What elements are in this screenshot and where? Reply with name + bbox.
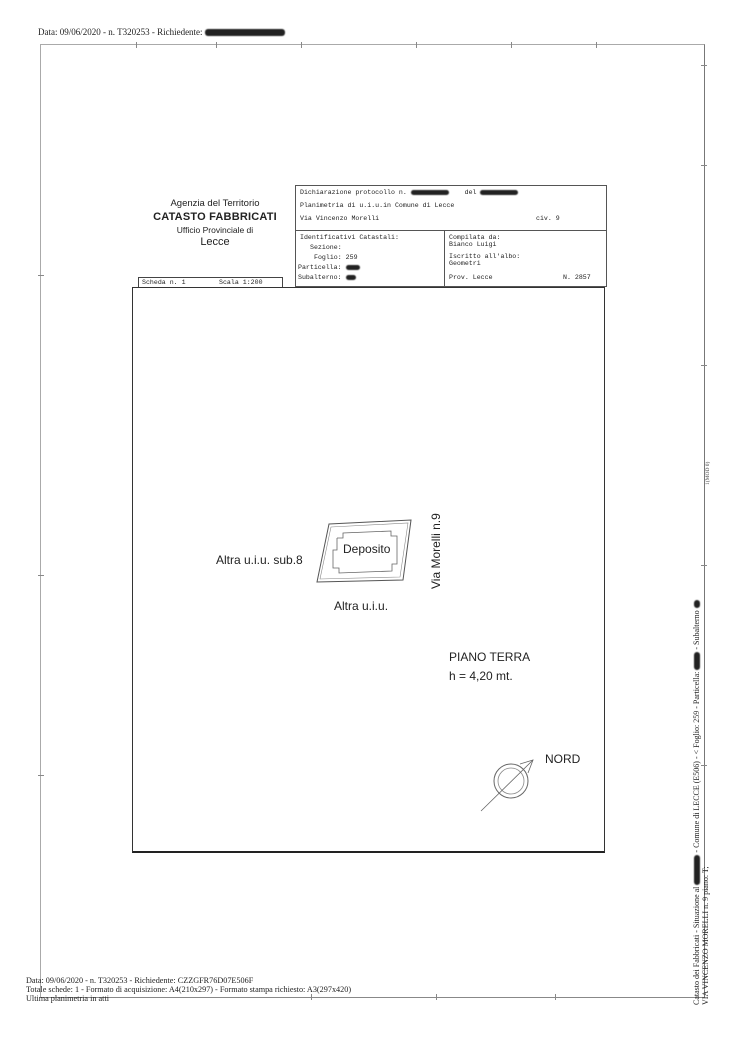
address-line: Via Vincenzo Morelli <box>300 215 379 222</box>
side-line-2: VIA VINCENZO MORELLI n. 9 piano: T; <box>701 600 710 1005</box>
bottom-neighbor-label: Altra u.i.u. <box>334 599 388 613</box>
planimetry-line: Planimetria di u.i.u.in Comune di Lecce <box>300 202 454 209</box>
side-date-redaction <box>694 855 700 885</box>
plan-frame: Deposito Altra u.i.u. sub.8 Altra u.i.u.… <box>132 287 605 853</box>
richiedente-redaction <box>205 29 285 36</box>
scheda-label: Scheda n. 1 <box>142 279 186 286</box>
date-redaction <box>480 190 518 195</box>
north-label: NORD <box>545 752 580 766</box>
protocol-redaction <box>411 190 449 195</box>
albo-label: Iscritto all'albo: <box>449 253 520 260</box>
floor-plan-drawing <box>133 288 604 851</box>
side-code: 1(MOD 0) <box>705 462 711 485</box>
footer-line-2: Totale schede: 1 - Formato di acquisizio… <box>26 985 351 994</box>
particella-line: Particella: <box>298 264 360 271</box>
side-particella-redaction <box>694 652 700 670</box>
subalterno-line: Subalterno: <box>298 274 356 281</box>
registry-title: CATASTO FABBRICATI <box>140 211 290 223</box>
declaration-box: Dichiarazione protocollo n. del Planimet… <box>295 185 607 287</box>
compiler-panel: Compilata da: Bianco Luigi Iscritto all'… <box>445 231 606 286</box>
street-label: Via Morelli n.9 <box>429 513 443 589</box>
footer-line-3: Ultima planimetria in atti <box>26 994 351 1003</box>
compiled-name: Bianco Luigi <box>449 241 496 248</box>
particella-redaction <box>346 265 360 270</box>
sezione-label: Sezione: <box>310 244 342 251</box>
foglio-value: 259 <box>346 254 358 261</box>
civic-number: civ. 9 <box>536 215 560 222</box>
footer-line-1: Data: 09/06/2020 - n. T320253 - Richiede… <box>26 976 351 985</box>
agency-block: Agenzia del Territorio CATASTO FABBRICAT… <box>140 198 290 248</box>
identifiers-panel: Identificativi Catastali: Sezione: Fogli… <box>296 231 445 286</box>
compiled-label: Compilata da: <box>449 234 500 241</box>
subalterno-redaction <box>346 275 356 280</box>
footer: Data: 09/06/2020 - n. T320253 - Richiede… <box>26 976 351 1003</box>
office-label: Ufficio Provinciale di <box>140 225 290 235</box>
foglio-line: Foglio: 259 <box>314 254 358 261</box>
header-text: Data: 09/06/2020 - n. T320253 - Richiede… <box>38 27 203 37</box>
room-label: Deposito <box>343 542 390 556</box>
declaration-header: Dichiarazione protocollo n. del Planimet… <box>296 186 606 231</box>
office-city: Lecce <box>140 236 290 248</box>
province-label: Prov. Lecce <box>449 274 493 281</box>
protocol-line: Dichiarazione protocollo n. del <box>300 189 518 196</box>
side-subalterno-redaction <box>694 600 700 608</box>
side-caption: Catasto dei Fabbricati - Situazione al -… <box>692 600 710 1005</box>
agency-name: Agenzia del Territorio <box>140 198 290 209</box>
left-neighbor-label: Altra u.i.u. sub.8 <box>216 553 303 567</box>
albo-value: Geometri <box>449 260 481 267</box>
side-line-1: Catasto dei Fabbricati - Situazione al -… <box>692 600 701 1005</box>
scale-label: Scala 1:200 <box>219 279 263 286</box>
registration-number: N. 2857 <box>563 274 591 281</box>
identifiers-title: Identificativi Catastali: <box>300 234 399 241</box>
height-label: h = 4,20 mt. <box>449 669 513 683</box>
header-line: Data: 09/06/2020 - n. T320253 - Richiede… <box>38 27 285 37</box>
floor-label: PIANO TERRA <box>449 650 530 664</box>
